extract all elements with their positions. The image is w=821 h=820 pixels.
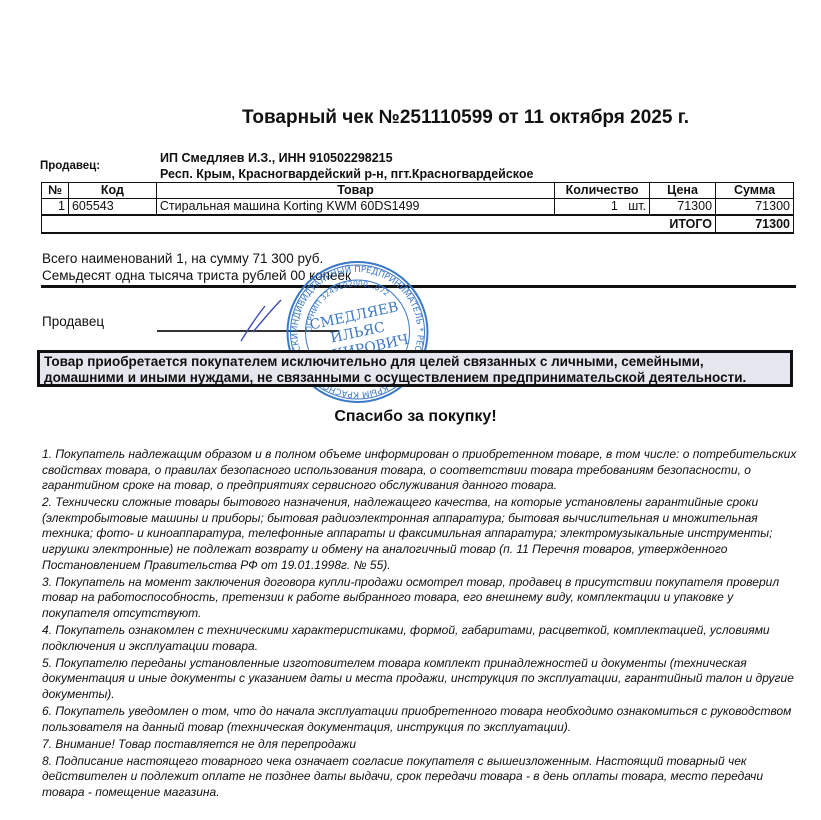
- receipt-title: Товарный чек №251110599 от 11 октября 20…: [0, 107, 821, 129]
- header-qty: Количество: [555, 183, 650, 199]
- row-code: 605543: [68, 199, 156, 216]
- signature-scribble: [235, 296, 285, 344]
- term-item: 6. Покупатель уведомлен о том, что до на…: [42, 704, 802, 735]
- term-item: 8. Подписание настоящего товарного чека …: [42, 754, 802, 801]
- row-sum: 71300: [716, 199, 794, 216]
- term-item: 4. Покупатель ознакомлен с техническими …: [42, 623, 802, 654]
- terms-list: 1. Покупатель надлежащим образом и в пол…: [42, 447, 802, 802]
- row-item: Стиральная машина Korting KWM 60DS1499: [156, 199, 554, 216]
- notice-line-1: Товар приобретается покупателем исключит…: [44, 354, 786, 370]
- total-label: ИТОГО: [650, 215, 716, 233]
- table-header-row: № Код Товар Количество Цена Сумма: [42, 183, 794, 199]
- term-item: 3. Покупатель на момент заключения догов…: [42, 575, 802, 622]
- table-row: 1 605543 Стиральная машина Korting KWM 6…: [42, 199, 794, 216]
- header-item: Товар: [156, 183, 554, 199]
- thanks-heading: Спасибо за покупку!: [0, 408, 821, 426]
- term-item: 5. Покупателю переданы установленные изг…: [42, 656, 802, 703]
- header-code: Код: [68, 183, 156, 199]
- total-spacer: [42, 215, 650, 233]
- header-num: №: [42, 183, 69, 199]
- seller-name: ИП Смедляев И.З., ИНН 910502298215: [160, 151, 393, 165]
- seller-address: Респ. Крым, Красногвардейский р-н, пгт.К…: [160, 167, 533, 181]
- header-sum: Сумма: [716, 183, 794, 199]
- total-value: 71300: [716, 215, 794, 233]
- seller-label: Продавец:: [40, 160, 100, 172]
- qty-unit: шт.: [628, 199, 646, 213]
- summary-count: Всего наименований 1, на сумму 71 300 ру…: [42, 251, 323, 266]
- row-qty: 1 шт.: [555, 199, 650, 216]
- term-item: 7. Внимание! Товар поставляется не для п…: [42, 737, 802, 753]
- qty-value: 1: [611, 199, 618, 213]
- term-item: 1. Покупатель надлежащим образом и в пол…: [42, 447, 802, 494]
- notice-line-2: домашними и иными нуждами, не связанными…: [44, 370, 786, 386]
- items-table: № Код Товар Количество Цена Сумма 1 6055…: [41, 182, 794, 234]
- header-price: Цена: [650, 183, 716, 199]
- row-price: 71300: [650, 199, 716, 216]
- row-num: 1: [42, 199, 69, 216]
- term-item: 2. Технически сложные товары бытового на…: [42, 495, 802, 573]
- total-row: ИТОГО 71300: [42, 215, 794, 233]
- signature-label: Продавец: [42, 314, 104, 329]
- consumer-notice: Товар приобретается покупателем исключит…: [37, 350, 793, 387]
